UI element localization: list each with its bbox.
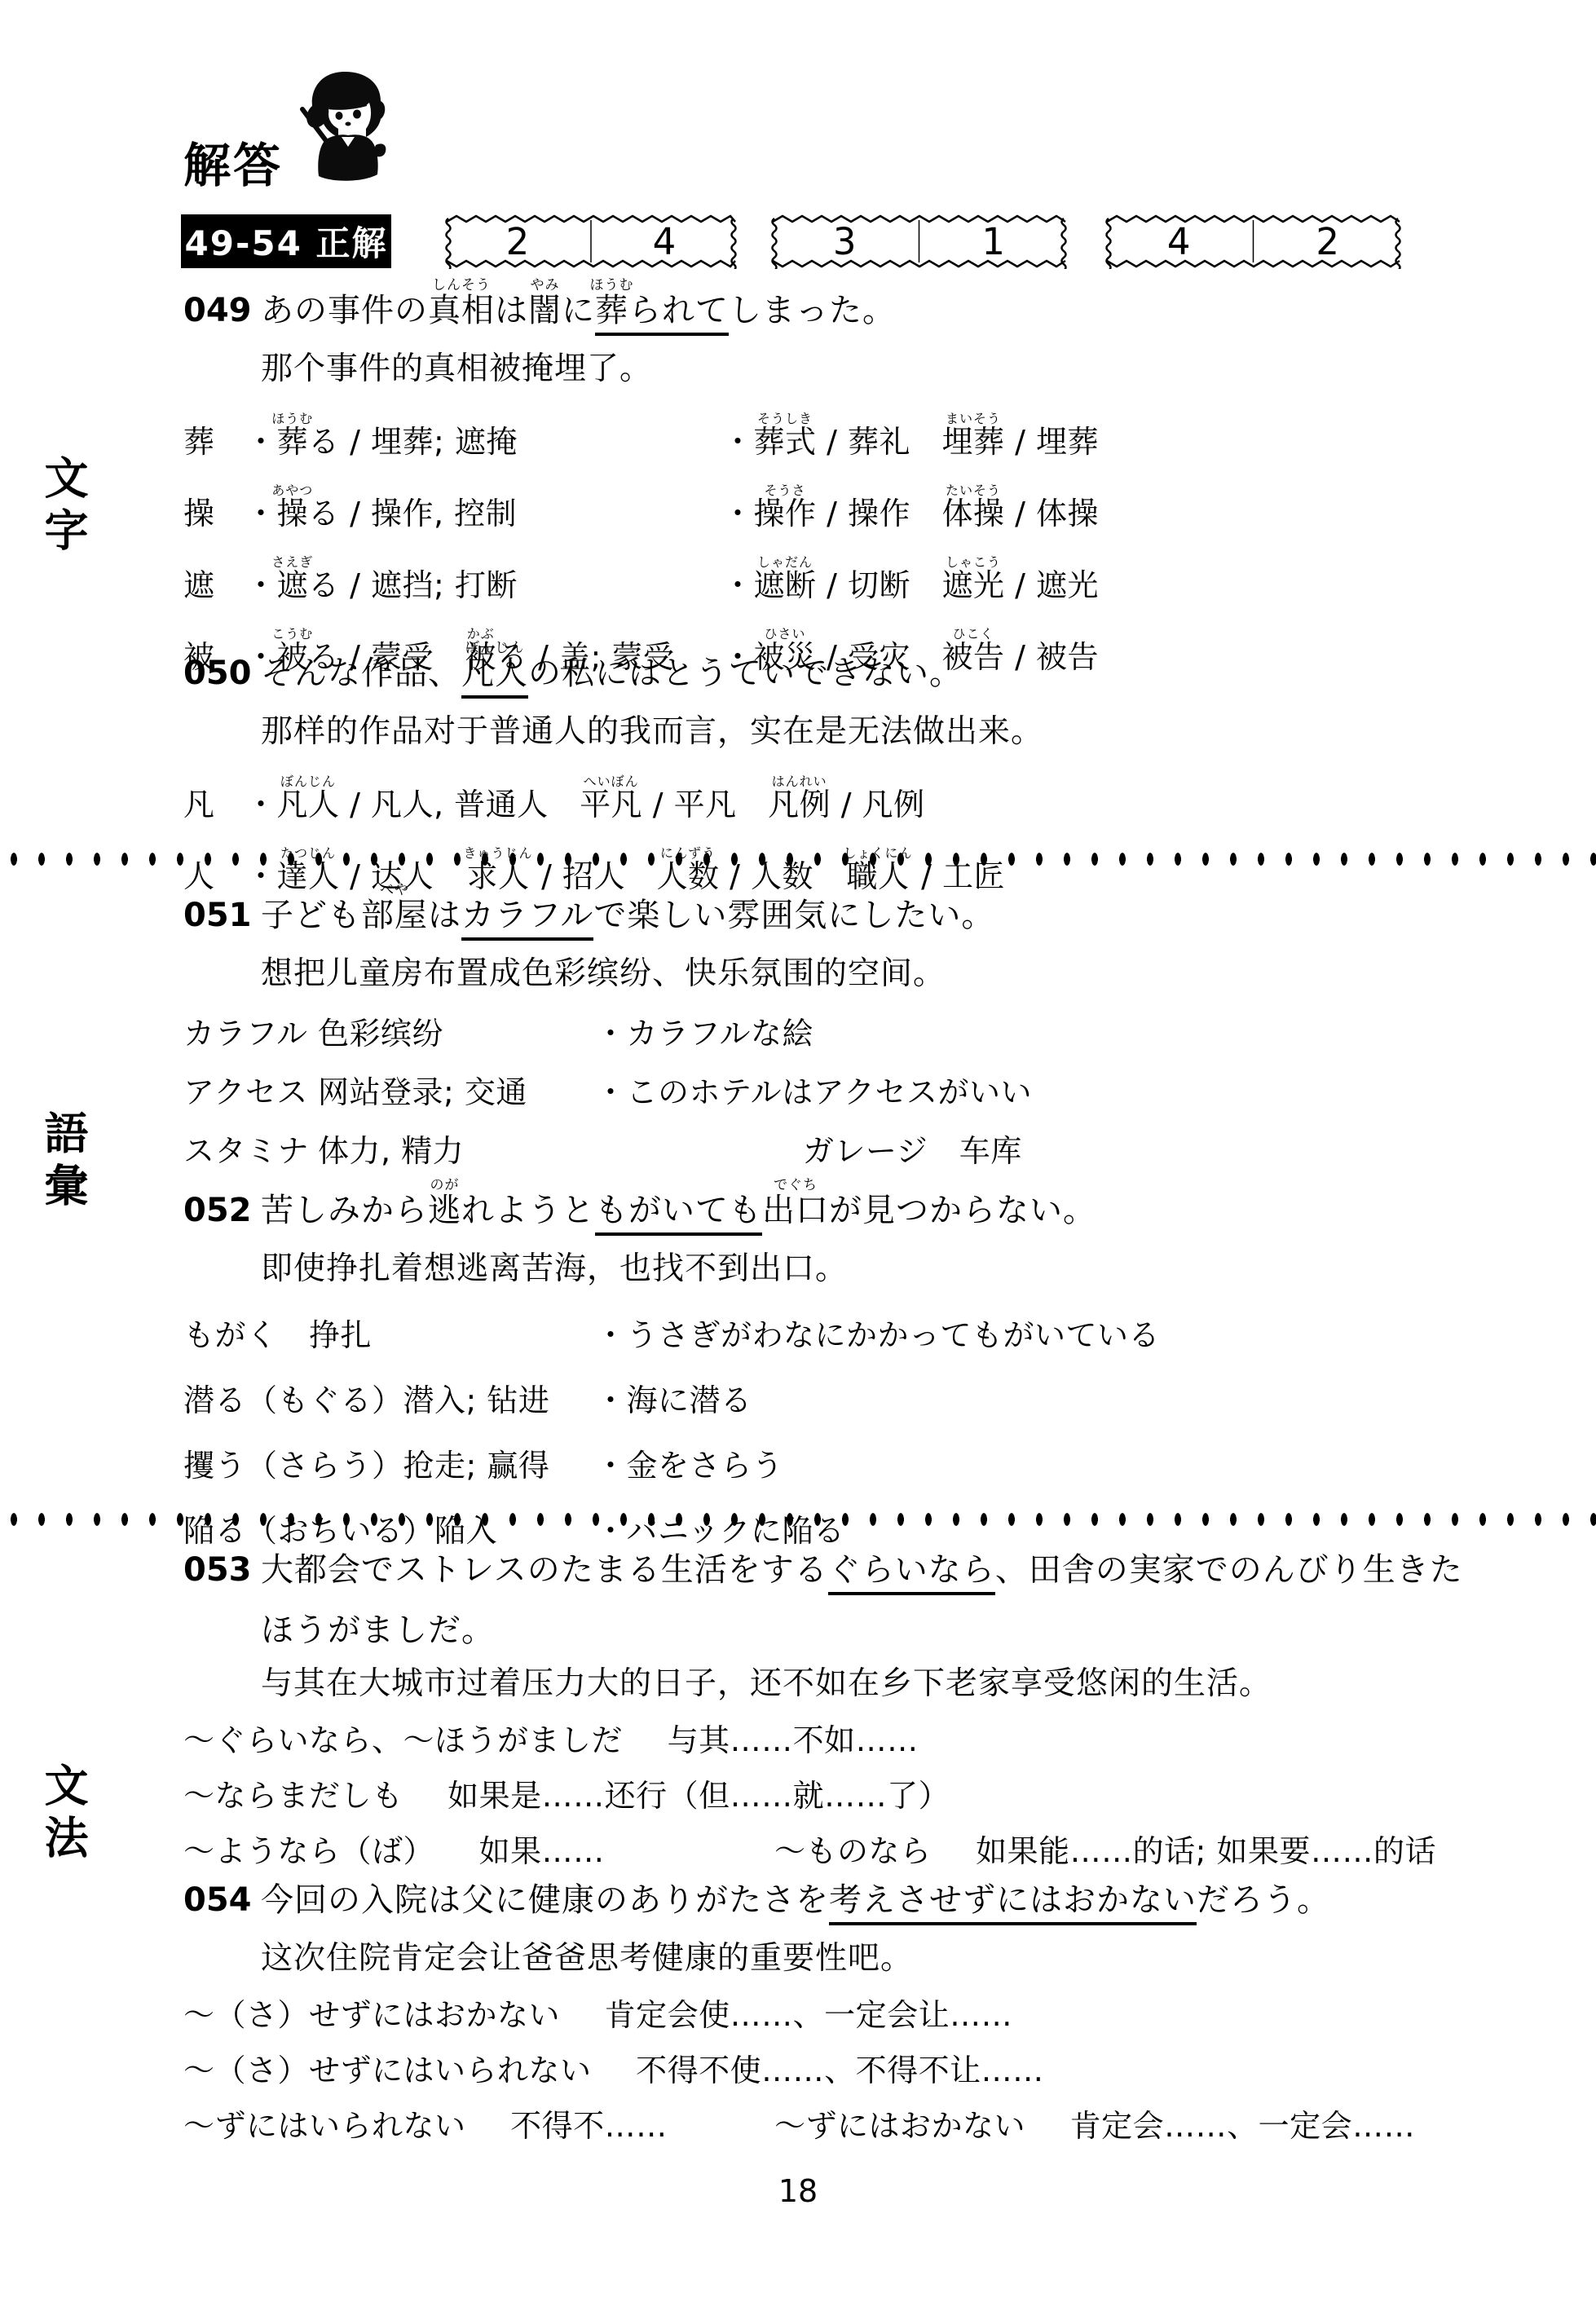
vocab-row: もがく 挣扎 ・うさぎがわなにかかってもがいている <box>183 1316 1536 1355</box>
row-kanji: 操 <box>183 494 245 533</box>
sidebar-label-goi: 語彙 <box>41 1110 85 1215</box>
grammar-row: 〜（さ）せずにはおかない 肯定会使……、一定会让…… <box>183 1995 1536 2035</box>
question-sentence: あの事件の真相しんそうは闇やみに葬ほうむられてしまった。 <box>261 277 896 337</box>
row-word: 潜る（もぐる）潜入; 钻进 <box>183 1381 595 1420</box>
row-left: ・操あやつる / 操作, 控制 <box>245 483 722 533</box>
vocab-row: 葬 ・葬ほうむる / 埋葬; 遮掩 ・葬式そうしき / 葬礼 埋葬まいそう / … <box>183 411 1536 461</box>
grammar-pattern: 〜ずにはおかない <box>774 2108 1025 2144</box>
grammar-pattern: 〜ようなら（ば） <box>183 1833 434 1869</box>
question-sentence: そんな作品、凡人ぼんじんの私にはとうていできない。 <box>261 640 963 700</box>
question-translation: 那样的作品对于普通人的我而言，实在是无法做出来。 <box>261 712 1536 752</box>
grammar-row: 〜ずにはいられない 不得不…… 〜ずにはおかない 肯定会……、一定会…… <box>183 2106 1536 2145</box>
grammar-meaning: 与其……不如…… <box>668 1722 919 1758</box>
answer-value-52: 1 <box>919 214 1069 269</box>
vocab-row: 操 ・操あやつる / 操作, 控制 ・操作そうさ / 操作 体操たいそう / 体… <box>183 483 1536 533</box>
question-sentence: 子ども部屋べやはカラフルで楽しい雰囲気にしたい。 <box>261 882 994 942</box>
question-block-051: 051 子ども部屋べやはカラフルで楽しい雰囲気にしたい。 想把儿童房布置成色彩缤… <box>183 882 1536 1171</box>
grammar-pattern: 〜（さ）せずにはいられない <box>183 2053 592 2088</box>
grammar-meaning: 不得不…… <box>510 2108 668 2144</box>
question-sentence: 今回の入院は父に健康のありがたさを考えさせずにはおかないだろう。 <box>261 1873 1330 1927</box>
grammar-meaning: 如果…… <box>479 1833 605 1869</box>
question-number: 054 <box>183 1873 261 1927</box>
row-left: ・遮さえぎる / 遮挡; 打断 <box>245 554 722 605</box>
row-right: ・操作そうさ / 操作 体操たいそう / 体操 <box>722 483 1536 533</box>
grammar-meaning: 肯定会……、一定会…… <box>1070 2108 1416 2144</box>
page-number: 18 <box>0 2173 1596 2209</box>
question-translation: 这次住院肯定会让爸爸思考健康的重要性吧。 <box>261 1938 1536 1979</box>
question-block-053: 053 大都会でストレスのたまる生活をするぐらいなら、田舎の実家でのんびり生きた… <box>183 1543 1536 1871</box>
question-translation: 与其在大城市过着压力大的日子，还不如在乡下老家享受悠闲的生活。 <box>261 1664 1536 1704</box>
question-block-049: 049 あの事件の真相しんそうは闇やみに葬ほうむられてしまった。 那个事件的真相… <box>183 277 1536 677</box>
question-block-050: 050 そんな作品、凡人ぼんじんの私にはとうていできない。 那样的作品对于普通人… <box>183 640 1536 896</box>
row-meaning: 体力, 精力 <box>318 1131 595 1171</box>
row-word: もがく 挣扎 <box>183 1316 595 1355</box>
vocab-row: スタミナ 体力, 精力 ガレージ 车库 <box>183 1131 1536 1171</box>
vocab-row: 遮 ・遮さえぎる / 遮挡; 打断 ・遮断しゃだん / 切断 遮光しゃこう / … <box>183 554 1536 605</box>
grammar-meaning: 肯定会使……、一定会让…… <box>605 1997 1013 2033</box>
answer-value-49: 2 <box>444 214 591 269</box>
grammar-pattern: 〜ものなら <box>774 1833 932 1869</box>
grammar-meaning: 不得不使……、不得不让…… <box>636 2053 1044 2088</box>
question-number: 051 <box>183 889 261 942</box>
grammar-pattern: 〜ぐらいなら、〜ほうがましだ <box>183 1722 623 1758</box>
vocab-row: 潜る（もぐる）潜入; 钻进 ・海に潜る <box>183 1381 1536 1420</box>
answer-box: 3 1 <box>770 214 1068 269</box>
grammar-row: 〜ようなら（ば） 如果…… 〜ものなら 如果能……的话; 如果要……的话 <box>183 1832 1536 1871</box>
answer-value-50: 4 <box>591 214 738 269</box>
row-example: ・金をさらう <box>595 1446 1536 1485</box>
grammar-row: 〜ならまだしも 如果是……还行（但……就……了） <box>183 1776 1536 1815</box>
question-sentence: 苦しみから逃のがれようともがいても出口でぐちが見つからない。 <box>261 1177 1096 1237</box>
answer-box: 2 4 <box>444 214 738 269</box>
grammar-row: 〜（さ）せずにはいられない 不得不使……、不得不让…… <box>183 2051 1536 2090</box>
question-translation: 即使挣扎着想逃离苦海，也找不到出口。 <box>261 1249 1536 1290</box>
row-meaning: 网站登录; 交通 <box>318 1073 595 1112</box>
row-example: ・このホテルはアクセスがいい <box>595 1073 1536 1112</box>
sidebar-label-bunpou: 文法 <box>41 1762 85 1867</box>
row-example: ガレージ 车库 <box>803 1131 1022 1171</box>
row-word: アクセス <box>183 1073 318 1112</box>
row-example: ・うさぎがわなにかかってもがいている <box>595 1316 1536 1355</box>
grammar-meaning: 如果能……的话; 如果要……的话 <box>976 1833 1436 1869</box>
grammar-pattern: 〜ならまだしも <box>183 1778 403 1814</box>
row-example: ・カラフルな絵 <box>595 1014 1536 1053</box>
vocab-row: アクセス 网站登录; 交通 ・このホテルはアクセスがいい <box>183 1073 1536 1112</box>
grammar-pattern: 〜ずにはいられない <box>183 2108 466 2144</box>
row-word: カラフル <box>183 1014 318 1053</box>
row-word: スタミナ <box>183 1131 318 1171</box>
answer-key-page: 解答 49-54 正解 2 4 3 <box>0 0 1596 2315</box>
question-block-054: 054 今回の入院は父に健康のありがたさを考えさせずにはおかないだろう。 这次住… <box>183 1873 1536 2145</box>
question-number: 053 <box>183 1543 261 1597</box>
kaitou-heading: 解答 <box>183 142 283 197</box>
question-translation: 那个事件的真相被掩埋了。 <box>261 349 1536 390</box>
row-word: 攫う（さらう）抢走; 赢得 <box>183 1446 595 1485</box>
question-number: 052 <box>183 1184 261 1237</box>
teacher-illustration <box>291 67 399 197</box>
row-right: ・遮断しゃだん / 切断 遮光しゃこう / 遮光 <box>722 554 1536 605</box>
answer-value-54: 2 <box>1254 214 1403 269</box>
answer-value-53: 4 <box>1104 214 1254 269</box>
question-translation: 想把儿童房布置成色彩缤纷、快乐氛围的空间。 <box>261 954 1536 994</box>
question-block-052: 052 苦しみから逃のがれようともがいても出口でぐちが見つからない。 即使挣扎着… <box>183 1177 1536 1550</box>
row-right: ・葬式そうしき / 葬礼 埋葬まいそう / 埋葬 <box>722 411 1536 461</box>
answer-box: 4 2 <box>1104 214 1402 269</box>
grammar-meaning: 如果是……还行（但……就……了） <box>447 1778 950 1814</box>
grammar-pattern: 〜（さ）せずにはおかない <box>183 1997 560 2033</box>
grammar-row: 〜ぐらいなら、〜ほうがましだ 与其……不如…… <box>183 1721 1536 1760</box>
question-sentence: 大都会でストレスのたまる生活をするぐらいなら、田舎の実家でのんびり生きた <box>261 1543 1463 1597</box>
question-number: 050 <box>183 646 261 700</box>
vocab-row: 攫う（さらう）抢走; 赢得 ・金をさらう <box>183 1446 1536 1485</box>
row-example: ・海に潜る <box>595 1381 1536 1420</box>
answer-value-51: 3 <box>770 214 919 269</box>
sidebar-label-moji: 文字 <box>41 455 85 559</box>
question-sentence-line2: ほうがましだ。 <box>261 1608 1536 1652</box>
row-kanji: 凡 <box>183 785 245 824</box>
answer-strip: 49-54 正解 2 4 3 1 4 2 <box>181 214 1402 269</box>
row-kanji: 遮 <box>183 566 245 605</box>
row-meaning: 色彩缤纷 <box>318 1014 595 1053</box>
question-number: 049 <box>183 284 261 337</box>
row-left: ・凡人ぼんじん / 凡人, 普通人 平凡へいぼん / 平凡 凡例はんれい / 凡… <box>245 774 1536 824</box>
page-header: 解答 <box>183 67 399 197</box>
answer-range-label: 49-54 正解 <box>181 214 391 268</box>
vocab-row: カラフル 色彩缤纷 ・カラフルな絵 <box>183 1014 1536 1053</box>
row-left: ・葬ほうむる / 埋葬; 遮掩 <box>245 411 722 461</box>
row-kanji: 葬 <box>183 422 245 461</box>
vocab-row: 凡 ・凡人ぼんじん / 凡人, 普通人 平凡へいぼん / 平凡 凡例はんれい /… <box>183 774 1536 824</box>
